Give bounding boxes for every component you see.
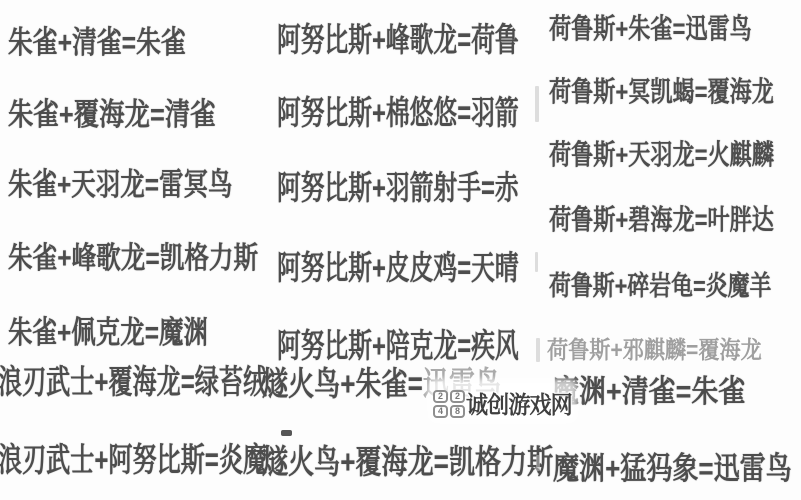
recipe-text: 阿努比斯+皮皮鸡=天晴 (277, 250, 519, 286)
clipped-glyph-fragment (535, 252, 538, 272)
recipe-text: 燧火鸟+覆海龙=凯格力斯 (262, 444, 553, 480)
fusion-recipe-page: 朱雀+清雀=朱雀 朱雀+覆海龙=清雀 朱雀+天羽龙=雷冥鸟 朱雀+峰歌龙=凯格力… (0, 0, 801, 500)
recipe-text: 朱雀+峰歌龙=凯格力斯 (8, 243, 258, 275)
logo-digit: 8 (450, 405, 465, 418)
recipe-text: 阿努比斯+棉悠悠=羽箭 (277, 95, 519, 131)
logo-digit: 2 (450, 390, 465, 403)
recipe-text: 朱雀+天羽龙=雷冥鸟 (8, 168, 233, 201)
recipe-text: 荷鲁斯+天羽龙=火麒麟 (549, 140, 774, 170)
recipe-text: 荷鲁斯+朱雀=迅雷鸟 (549, 14, 752, 44)
recipe-text: 荷鲁斯+冥凯蝎=覆海龙 (549, 77, 774, 107)
recipe-text: 荷鲁斯+碧海龙=叶胖达 (549, 205, 774, 235)
watermark-site-name: 诚创游戏网 (466, 385, 572, 420)
recipe-text: 魔渊+猛犸象=迅雷鸟 (553, 452, 792, 485)
logo-digit: 2 (433, 390, 448, 403)
clipped-glyph-fragment (536, 338, 540, 362)
recipe-text-main: 燧火鸟+朱雀= (262, 365, 423, 402)
recipe-text: 朱雀+佩克龙=魔渊 (8, 316, 208, 349)
clipped-glyph-fragment (535, 86, 539, 122)
recipe-text: 魔渊+清雀=朱雀 (552, 375, 745, 408)
recipe-text: 荷鲁斯+碎岩龟=炎魔羊 (549, 272, 771, 301)
recipe-text: 浪刃武士+阿努比斯=炎魔 (0, 442, 267, 478)
recipe-text: 浪刃武士+覆海龙=绿苔绒 (0, 364, 267, 400)
clipped-glyph-fragment (536, 455, 540, 471)
recipe-text: 朱雀+清雀=朱雀 (8, 26, 186, 59)
recipe-text: 荷鲁斯+邪麒麟=覆海龙 (547, 338, 762, 364)
recipe-text: 阿努比斯+峰歌龙=荷鲁 (277, 22, 519, 58)
logo-digit: 4 (433, 405, 448, 418)
2248-grid-logo-icon: 2 2 4 8 (433, 390, 465, 417)
stitch-artifact-mark (281, 430, 292, 436)
recipe-text: 阿努比斯+羽箭射手=赤 (277, 170, 519, 206)
recipe-text: 阿努比斯+陪克龙=疾风 (277, 328, 519, 364)
recipe-text: 朱雀+覆海龙=清雀 (8, 98, 216, 131)
